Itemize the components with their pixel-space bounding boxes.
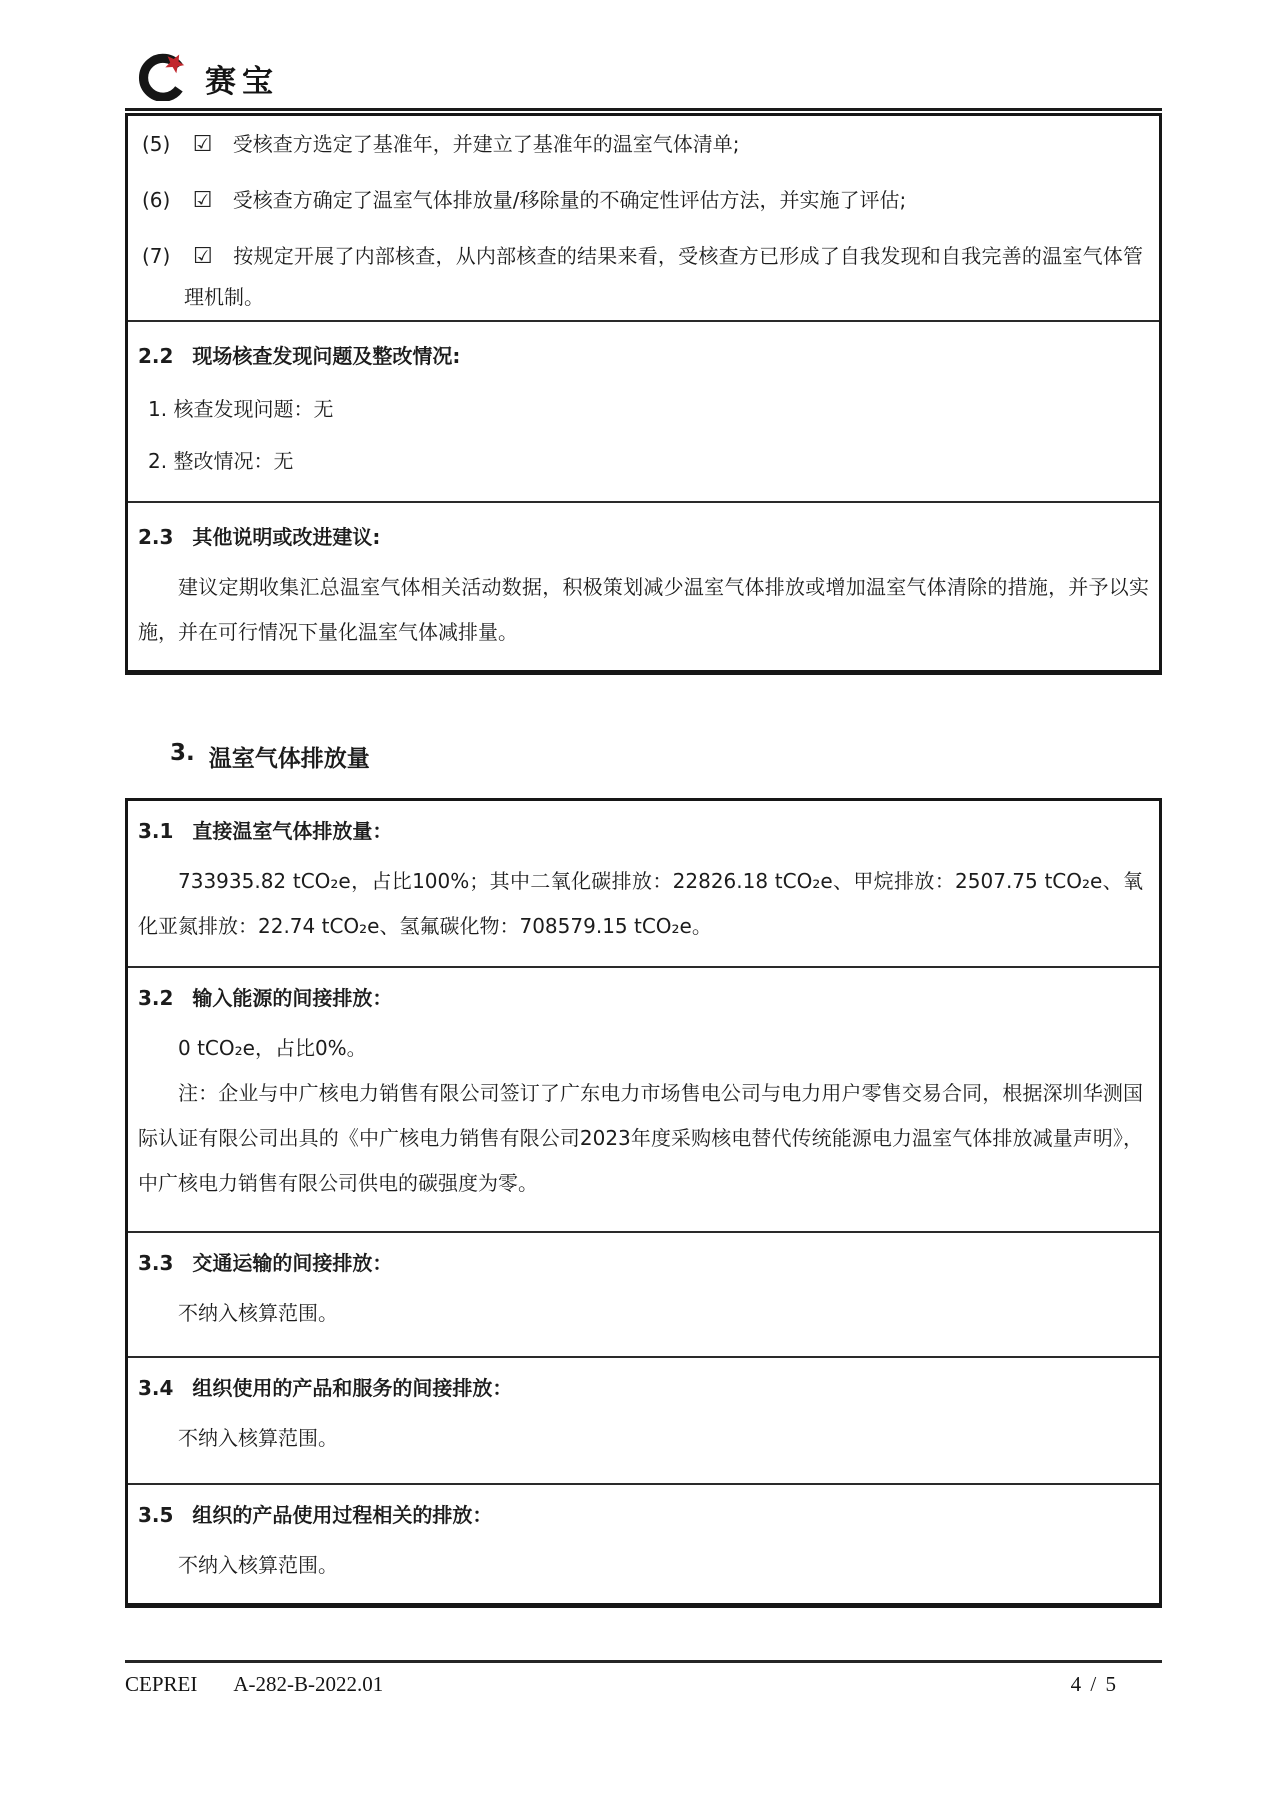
section-body: 733935.82 tCO₂e，占比100%；其中二氧化碳排放：22826.18… — [138, 859, 1143, 949]
section-number: 3.1 — [138, 819, 173, 843]
section-number: 3. — [170, 740, 195, 773]
section-body: 不纳入核算范围。 — [138, 1543, 1143, 1588]
section-title-text: 组织使用的产品和服务的间接排放： — [192, 1376, 512, 1400]
finding-item: 1. 核查发现问题：无 — [148, 394, 1143, 424]
section-body: 不纳入核算范围。 — [138, 1291, 1143, 1336]
section-body: 不纳入核算范围。 — [138, 1416, 1143, 1461]
header-rule — [125, 108, 1162, 111]
doc-code: CEPREI — [125, 1672, 197, 1697]
section-number: 3.3 — [138, 1251, 173, 1275]
section-3-4-row: 3.4 组织使用的产品和服务的间接排放： 不纳入核算范围。 — [128, 1358, 1159, 1485]
finding-item: 2. 整改情况：无 — [148, 446, 1143, 476]
section-title: 3.4 组织使用的产品和服务的间接排放： — [138, 1372, 1143, 1404]
section-title-text: 温室气体排放量 — [209, 740, 370, 773]
doc-footer: CEPREI A-282-B-2022.01 4 / 5 — [125, 1660, 1162, 1697]
section-title: 2.2 现场核查发现问题及整改情况: — [138, 340, 1143, 372]
checklist-row: (5) ☑ 受核查方选定了基准年，并建立了基准年的温室气体清单; (6) ☑ 受… — [128, 116, 1159, 322]
emissions-table: 3.1 直接温室气体排放量： 733935.82 tCO₂e，占比100%；其中… — [125, 798, 1162, 1608]
item-text: 按规定开展了内部核查，从内部核查的结果来看，受核查方已形成了自我发现和自我完善的… — [184, 244, 1143, 309]
section-3-3-row: 3.3 交通运输的间接排放： 不纳入核算范围。 — [128, 1233, 1159, 1358]
section-3-heading: 3. 温室气体排放量 — [170, 740, 370, 773]
brand-text: 赛宝 — [205, 46, 279, 101]
section-body: 建议定期收集汇总温室气体相关活动数据，积极策划减少温室气体排放或增加温室气体清除… — [138, 565, 1149, 655]
section-number: 2.2 — [138, 344, 173, 368]
item-text: 受核查方选定了基准年，并建立了基准年的温室气体清单; — [233, 132, 740, 156]
checked-checkbox-icon: ☑ — [193, 244, 213, 269]
item-number: (7) — [142, 244, 170, 268]
footer-line: CEPREI A-282-B-2022.01 4 / 5 — [125, 1672, 1162, 1697]
item-text: 受核查方确定了温室气体排放量/移除量的不确定性评估方法，并实施了评估; — [233, 188, 906, 212]
section-title-text: 组织的产品使用过程相关的排放： — [192, 1503, 492, 1527]
section-2-2-row: 2.2 现场核查发现问题及整改情况: 1. 核查发现问题：无 2. 整改情况：无 — [128, 322, 1159, 503]
checklist-item: (5) ☑ 受核查方选定了基准年，并建立了基准年的温室气体清单; — [142, 124, 1143, 165]
checked-checkbox-icon: ☑ — [193, 188, 213, 213]
section-title-text: 交通运输的间接排放： — [192, 1251, 392, 1275]
section-number: 3.2 — [138, 986, 173, 1010]
section-title: 3.2 输入能源的间接排放： — [138, 982, 1143, 1014]
section-title: 3.1 直接温室气体排放量： — [138, 815, 1143, 847]
section-number: 2.3 — [138, 525, 173, 549]
section-title: 2.3 其他说明或改进建议: — [138, 521, 1149, 553]
document-page: 赛宝 (5) ☑ 受核查方选定了基准年，并建立了基准年的温室气体清单; (6) … — [0, 0, 1268, 1793]
page-indicator: 4 / 5 — [1071, 1672, 1118, 1697]
section-body: 0 tCO₂e，占比0%。 — [138, 1026, 1143, 1071]
footer-rule — [125, 1660, 1162, 1663]
logo-c-star-icon — [136, 47, 190, 101]
section-3-2-row: 3.2 输入能源的间接排放： 0 tCO₂e，占比0%。 注：企业与中广核电力销… — [128, 968, 1159, 1233]
section-title-text: 输入能源的间接排放： — [192, 986, 392, 1010]
checklist-item: (6) ☑ 受核查方确定了温室气体排放量/移除量的不确定性评估方法，并实施了评估… — [142, 180, 1143, 221]
checked-checkbox-icon: ☑ — [193, 132, 213, 157]
section-title-text: 现场核查发现问题及整改情况: — [192, 344, 460, 368]
item-number: (5) — [142, 132, 170, 156]
section-title-text: 直接温室气体排放量： — [192, 819, 392, 843]
section-note: 注：企业与中广核电力销售有限公司签订了广东电力市场售电公司与电力用户零售交易合同… — [138, 1071, 1143, 1206]
checklist-item: (7) ☑ 按规定开展了内部核查，从内部核查的结果来看，受核查方已形成了自我发现… — [142, 236, 1143, 317]
cepre-logo: 赛宝 — [136, 46, 279, 101]
section-number: 3.5 — [138, 1503, 173, 1527]
section-title: 3.3 交通运输的间接排放： — [138, 1247, 1143, 1279]
section-3-5-row: 3.5 组织的产品使用过程相关的排放： 不纳入核算范围。 — [128, 1485, 1159, 1588]
section-title-text: 其他说明或改进建议: — [192, 525, 380, 549]
section-number: 3.4 — [138, 1376, 173, 1400]
section-2-3-row: 2.3 其他说明或改进建议: 建议定期收集汇总温室气体相关活动数据，积极策划减少… — [128, 503, 1159, 655]
verification-findings-table: (5) ☑ 受核查方选定了基准年，并建立了基准年的温室气体清单; (6) ☑ 受… — [125, 113, 1162, 675]
section-3-1-row: 3.1 直接温室气体排放量： 733935.82 tCO₂e，占比100%；其中… — [128, 801, 1159, 968]
section-title: 3.5 组织的产品使用过程相关的排放： — [138, 1499, 1143, 1531]
item-number: (6) — [142, 188, 170, 212]
doc-number: A-282-B-2022.01 — [233, 1672, 383, 1697]
